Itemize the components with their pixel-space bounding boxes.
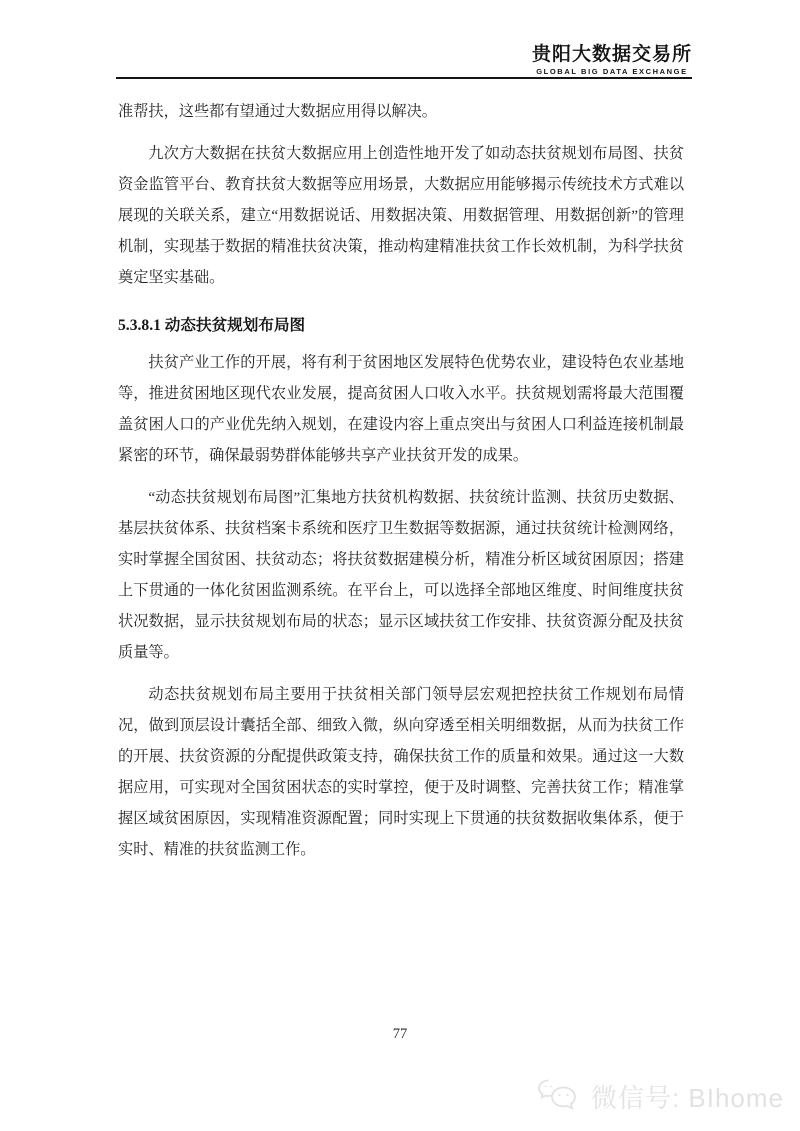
watermark: 微信号: BIhome: [536, 1076, 784, 1116]
paragraph: “动态扶贫规划布局图”汇集地方扶贫机构数据、扶贫统计监测、扶贫历史数据、基层扶贫…: [118, 482, 684, 668]
page-number: 77: [0, 1026, 800, 1043]
logo-title-cn: 贵阳大数据交易所: [532, 44, 692, 66]
paragraph: 九次方大数据在扶贫大数据应用上创造性地开发了如动态扶贫规划布局图、扶贫资金监管平…: [118, 138, 684, 293]
paragraph: 动态扶贫规划布局主要用于扶贫相关部门领导层宏观把控扶贫工作规划布局情况，做到顶层…: [118, 679, 684, 865]
wechat-icon: [536, 1076, 582, 1116]
watermark-label: 微信号: BIhome: [591, 1078, 784, 1115]
logo-subtitle-en: GLOBAL BIG DATA EXCHANGE: [532, 67, 692, 76]
paragraph: 准帮扶，这些都有望通过大数据应用得以解决。: [118, 96, 684, 127]
header-rule: [116, 77, 692, 79]
document-body: 准帮扶，这些都有望通过大数据应用得以解决。 九次方大数据在扶贫大数据应用上创造性…: [118, 96, 684, 876]
header-logo: 贵阳大数据交易所 GLOBAL BIG DATA EXCHANGE: [532, 44, 692, 76]
section-heading: 5.3.8.1 动态扶贫规划布局图: [118, 310, 684, 341]
document-page: 贵阳大数据交易所 GLOBAL BIG DATA EXCHANGE 准帮扶，这些…: [0, 0, 800, 1131]
paragraph: 扶贫产业工作的开展，将有利于贫困地区发展特色优势农业，建设特色农业基地等，推进贫…: [118, 347, 684, 471]
